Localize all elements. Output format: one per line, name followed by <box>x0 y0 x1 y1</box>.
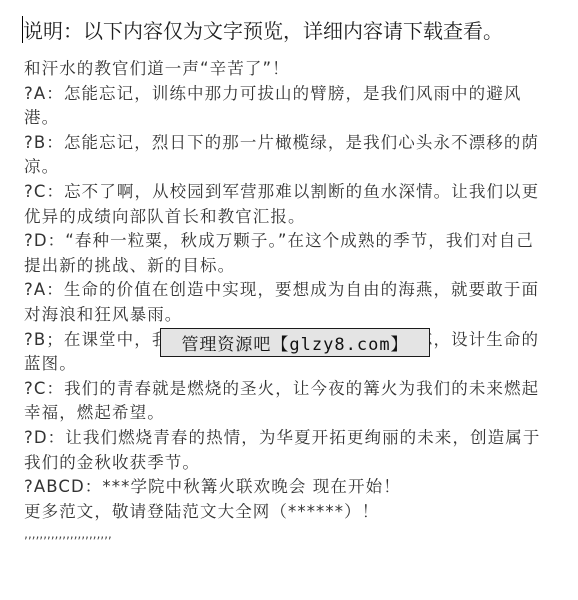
paragraph: ?A：怎能忘记，训练中那力可拔山的臂膀，是我们风雨中的避风港。 <box>24 82 544 131</box>
document-body: 和汗水的教官们道一声“辛苦了”！ ?A：怎能忘记，训练中那力可拔山的臂膀，是我们… <box>24 57 544 544</box>
paragraph: 更多范文，敬请登陆范文大全网（******）！ <box>24 500 544 525</box>
paragraph: ?B：怎能忘记，烈日下的那一片橄榄绿，是我们心头永不漂移的荫凉。 <box>24 131 544 180</box>
paragraph: ?C：我们的青春就是燃烧的圣火，让今夜的篝火为我们的未来燃起幸福，燃起希望。 <box>24 377 544 426</box>
paragraph: ?A：生命的价值在创造中实现，要想成为自由的海燕，就要敢于面对海浪和狂风暴雨。 <box>24 278 544 327</box>
preview-notice: 说明：以下内容仅为文字预览，详细内容请下载查看。 <box>22 14 503 44</box>
paragraph: 和汗水的教官们道一声“辛苦了”！ <box>24 57 544 82</box>
paragraph: ?ABCD：***学院中秋篝火联欢晚会 现在开始！ <box>24 475 544 500</box>
watermark-banner: 管理资源吧【glzy8.com】 <box>160 328 430 357</box>
trailing-dots: ‚‚‚‚‚‚‚‚‚‚‚‚‚‚‚‚‚‚‚‚‚‚‚ <box>24 524 544 544</box>
preview-notice-text: 说明：以下内容仅为文字预览，详细内容请下载查看。 <box>22 15 503 44</box>
paragraph: ?D：“春种一粒粟，秋成万颗子。”在这个成熟的季节，我们对自己提出新的挑战、新的… <box>24 229 544 278</box>
paragraph: ?D：让我们燃烧青春的热情，为华夏开拓更绚丽的未来，创造属于我们的金秋收获季节。 <box>24 426 544 475</box>
watermark-text: 管理资源吧【glzy8.com】 <box>181 330 408 355</box>
paragraph: ?C：忘不了啊，从校园到军营那难以割断的鱼水深情。让我们以更优异的成绩向部队首长… <box>24 180 544 229</box>
